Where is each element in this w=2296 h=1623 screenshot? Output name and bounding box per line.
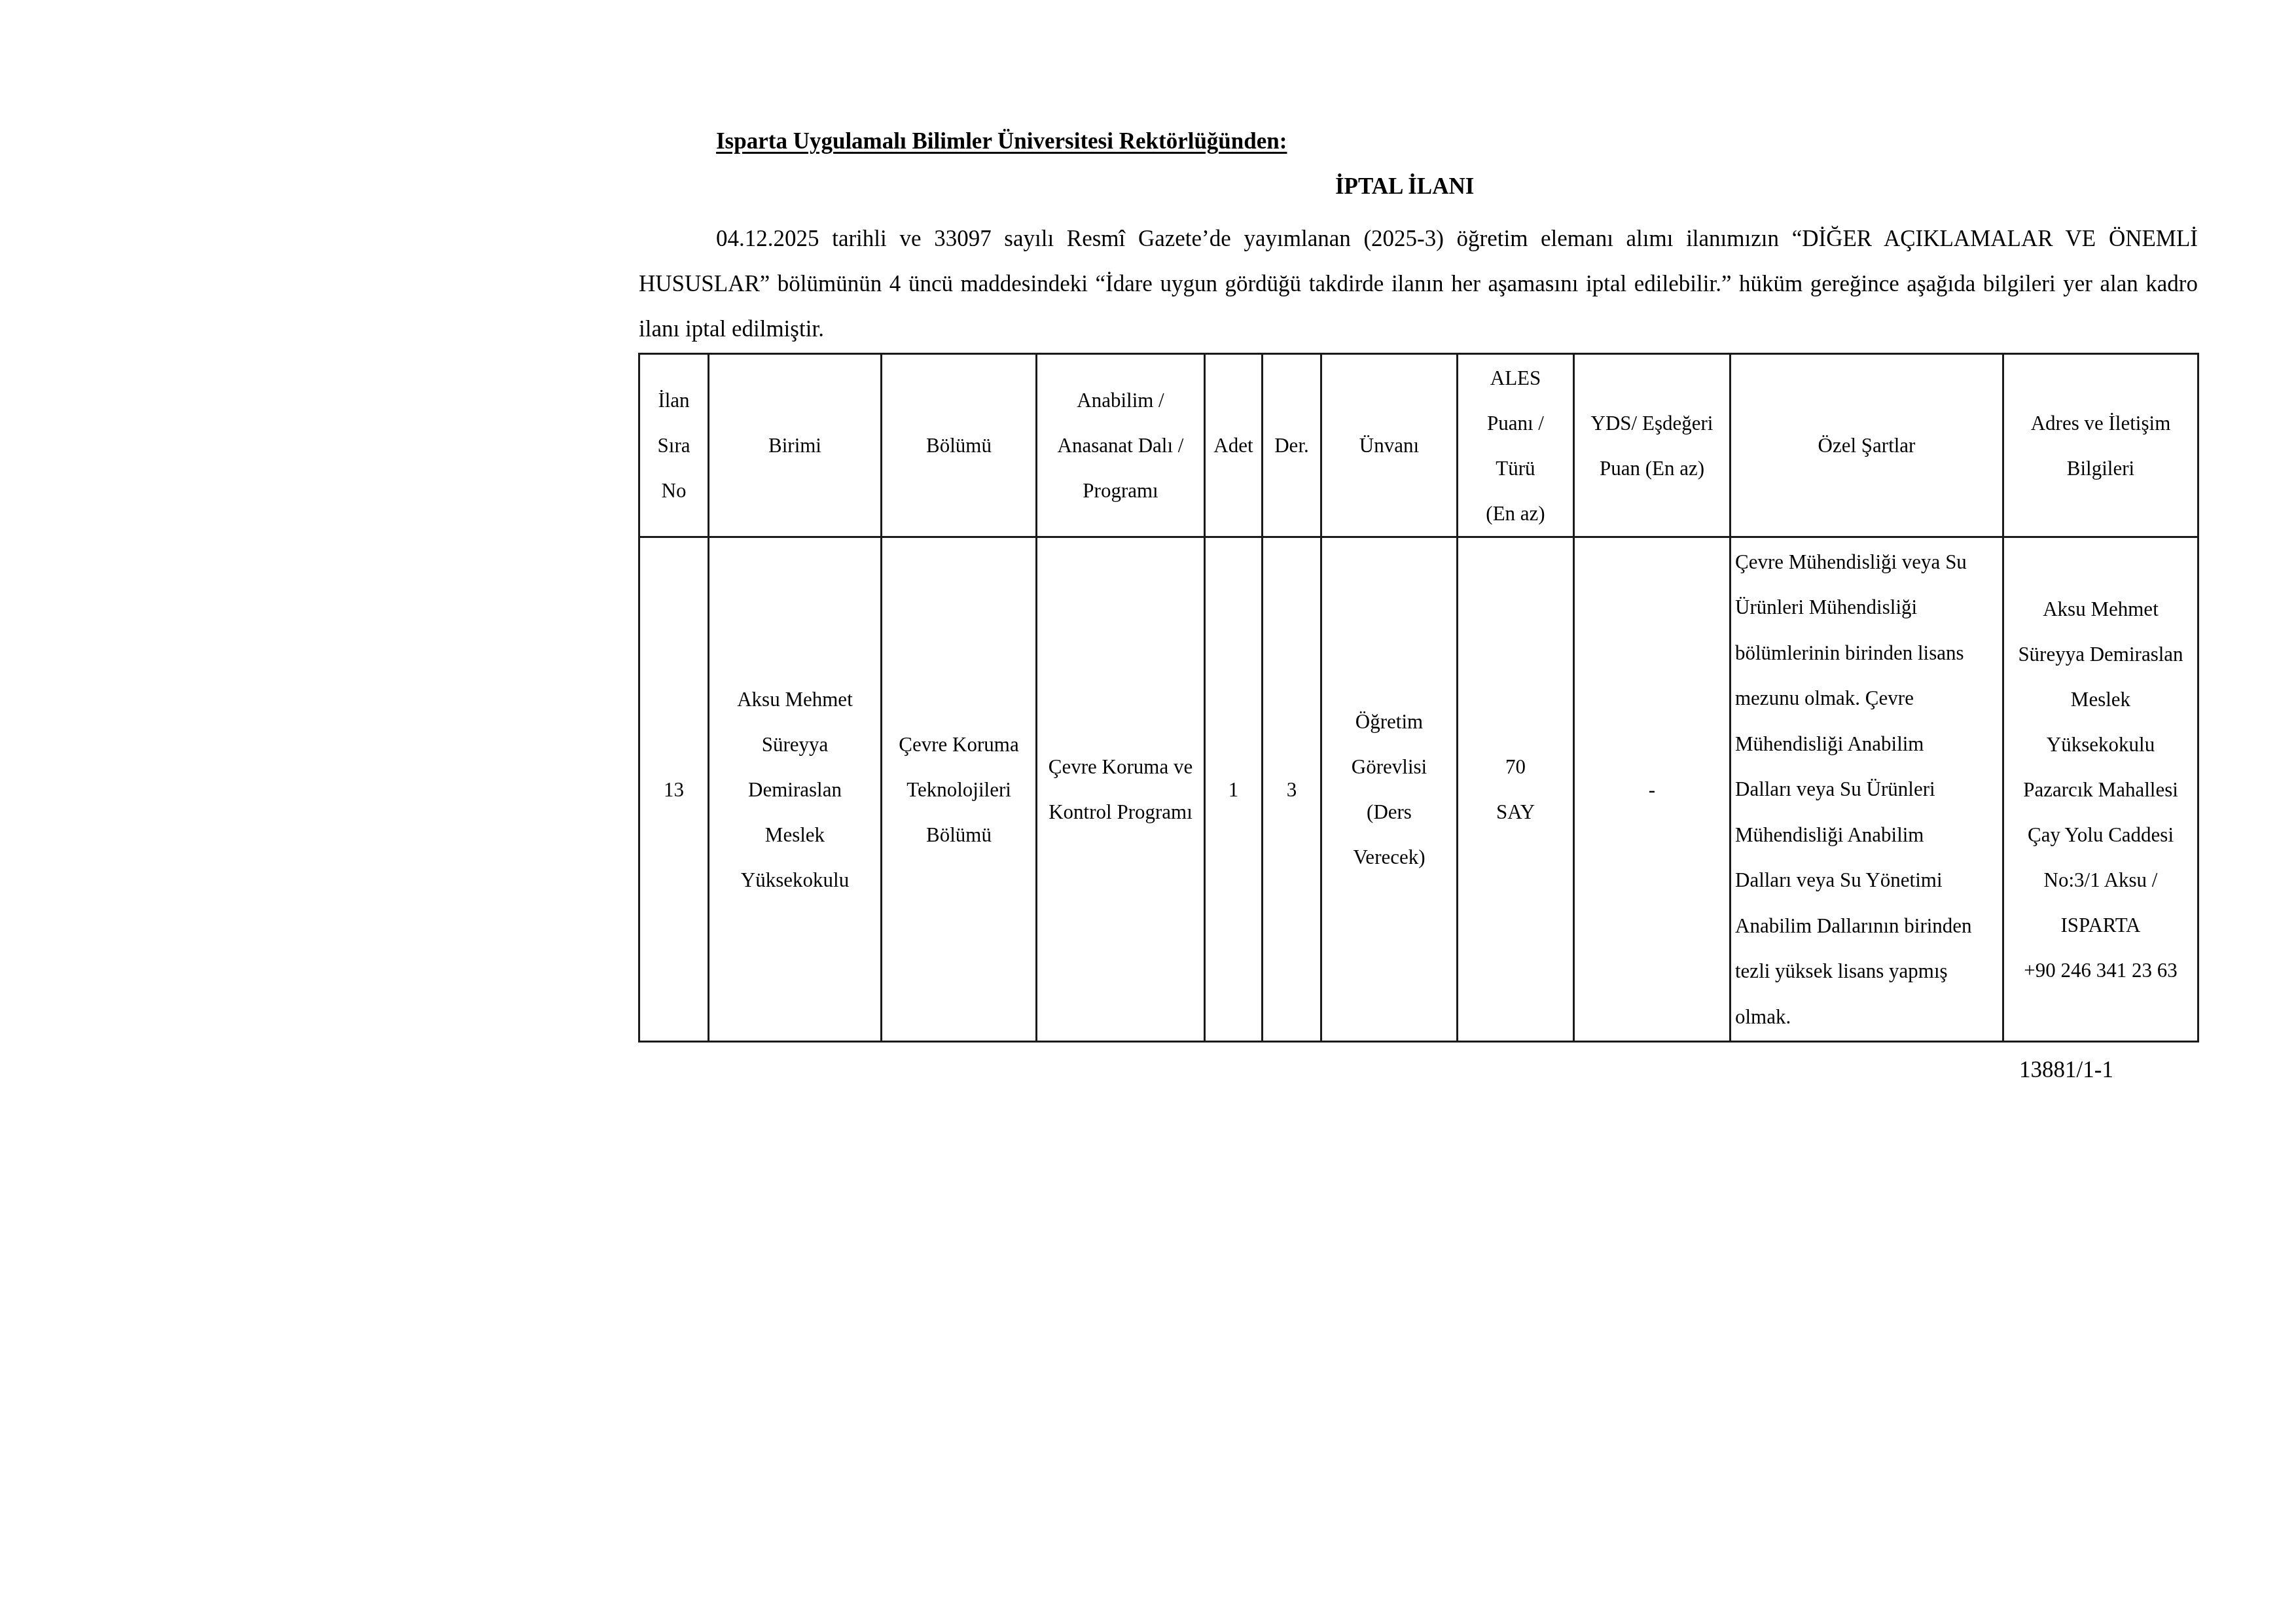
cell-text-line: Süreyya (712, 722, 878, 767)
cell-text-line: 70 (1461, 744, 1570, 789)
cancelled-position-table: İlanSıraNo Birimi Bölümü Anabilim /Anasa… (638, 353, 2199, 1043)
cell-derece: 3 (1263, 537, 1321, 1042)
header-derece: Der. (1263, 354, 1321, 537)
header-ales: ALESPuanı /Türü(En az) (1458, 354, 1574, 537)
cell-text-line: bölümlerinin birinden lisans (1735, 630, 2000, 676)
cell-text-line: Puanı / (1461, 401, 1570, 446)
cell-text-line: Demiraslan (712, 767, 878, 812)
cell-text-line: Anabilim Dallarının birinden (1735, 903, 2000, 949)
cell-text-line: Birimi (712, 423, 878, 468)
cell-text-line: No (643, 468, 705, 513)
cell-text-line: Teknolojileri (885, 767, 1033, 812)
cell-text-line: Ürünleri Mühendisliği (1735, 584, 2000, 630)
cell-text-line: +90 246 341 23 63 (2007, 948, 2195, 993)
cell-adet: 1 (1205, 537, 1263, 1042)
cell-text-line: Türü (1461, 446, 1570, 491)
cell-text-line: Anabilim / (1040, 378, 1201, 423)
cell-text-line: - (1577, 767, 1727, 812)
organization-heading: Isparta Uygulamalı Bilimler Üniversitesi… (716, 128, 1287, 154)
cell-text-line: Mühendisliği Anabilim (1735, 721, 2000, 767)
cell-text-line: (Ders (1325, 789, 1454, 834)
cell-text-line: No:3/1 Aksu / (2007, 857, 2195, 902)
cell-text-line: Yüksekokulu (2007, 722, 2195, 767)
cell-text-line: Aksu Mehmet (712, 677, 878, 722)
cell-text-line: SAY (1461, 789, 1570, 834)
cell-text-line: Der. (1266, 423, 1318, 468)
cell-yds: - (1574, 537, 1731, 1042)
cell-anabilim: Çevre Koruma veKontrol Programı (1037, 537, 1205, 1042)
document-title: İPTAL İLANI (1335, 173, 1474, 200)
cell-text-line: Aksu Mehmet (2007, 586, 2195, 632)
cell-text-line: 1 (1208, 767, 1259, 812)
cell-ozel-sartlar: Çevre Mühendisliği veya SuÜrünleri Mühen… (1731, 537, 2003, 1042)
cell-text-line: olmak. (1735, 994, 2000, 1040)
header-anabilim: Anabilim /Anasanat Dalı /Programı (1037, 354, 1205, 537)
cell-ales: 70SAY (1458, 537, 1574, 1042)
reference-code: 13881/1-1 (2019, 1057, 2113, 1083)
cell-text-line: Özel Şartlar (1734, 423, 2000, 468)
cell-text-line: (En az) (1461, 491, 1570, 536)
cell-text-line: Pazarcık Mahallesi (2007, 767, 2195, 812)
cell-bolumu: Çevre KorumaTeknolojileriBölümü (882, 537, 1037, 1042)
cell-text-line: Dalları veya Su Ürünleri (1735, 766, 2000, 812)
cell-birimi: Aksu MehmetSüreyyaDemiraslanMeslekYüksek… (709, 537, 882, 1042)
cell-text-line: Kontrol Programı (1040, 789, 1201, 834)
header-ozel-sartlar: Özel Şartlar (1731, 354, 2003, 537)
cell-text-line: Mühendisliği Anabilim (1735, 812, 2000, 858)
cell-text-line: Meslek (712, 812, 878, 857)
header-birimi: Birimi (709, 354, 882, 537)
cell-text-line: Verecek) (1325, 834, 1454, 880)
cell-unvani: ÖğretimGörevlisi(DersVerecek) (1321, 537, 1458, 1042)
cell-text-line: Dalları veya Su Yönetimi (1735, 857, 2000, 903)
header-adres: Adres ve İletişimBilgileri (2003, 354, 2198, 537)
header-unvani: Ünvanı (1321, 354, 1458, 537)
cell-ilan-sira-no: 13 (639, 537, 709, 1042)
cell-text-line: Öğretim (1325, 699, 1454, 744)
table-header-row: İlanSıraNo Birimi Bölümü Anabilim /Anasa… (639, 354, 2198, 537)
cell-text-line: mezunu olmak. Çevre (1735, 675, 2000, 721)
cell-text-line: Bölümü (885, 812, 1033, 857)
cell-text-line: 3 (1266, 767, 1318, 812)
header-adet: Adet (1205, 354, 1263, 537)
cell-text-line: Çay Yolu Caddesi (2007, 812, 2195, 857)
cell-adres: Aksu MehmetSüreyya DemiraslanMeslekYükse… (2003, 537, 2198, 1042)
cell-text-line: Çevre Mühendisliği veya Su (1735, 539, 2000, 585)
cell-text-line: Puan (En az) (1577, 446, 1727, 491)
header-ilan-sira-no: İlanSıraNo (639, 354, 709, 537)
cell-text-line: Ünvanı (1325, 423, 1454, 468)
cell-text-line: YDS/ Eşdeğeri (1577, 401, 1727, 446)
header-bolumu: Bölümü (882, 354, 1037, 537)
table-row: 13 Aksu MehmetSüreyyaDemiraslanMeslekYük… (639, 537, 2198, 1042)
cell-text-line: Bölümü (885, 423, 1033, 468)
cell-text-line: Süreyya Demiraslan (2007, 632, 2195, 677)
cell-text-line: 13 (643, 767, 705, 812)
cell-text-line: ISPARTA (2007, 902, 2195, 948)
cell-text-line: Adet (1208, 423, 1259, 468)
cell-text-line: Anasanat Dalı / (1040, 423, 1201, 468)
cell-text-line: Meslek (2007, 677, 2195, 722)
cell-text-line: tezli yüksek lisans yapmış (1735, 948, 2000, 994)
cell-text-line: Programı (1040, 468, 1201, 513)
cell-text-line: Çevre Koruma (885, 722, 1033, 767)
cell-text-line: Adres ve İletişim (2007, 401, 2195, 446)
cell-text-line: Yüksekokulu (712, 857, 878, 902)
cell-text-line: İlan (643, 378, 705, 423)
cell-text-line: Görevlisi (1325, 744, 1454, 789)
cell-text-line: Bilgileri (2007, 446, 2195, 491)
cell-text-line: ALES (1461, 355, 1570, 401)
cell-text-line: Sıra (643, 423, 705, 468)
cell-text-line: Çevre Koruma ve (1040, 744, 1201, 789)
header-yds: YDS/ EşdeğeriPuan (En az) (1574, 354, 1731, 537)
announcement-paragraph: 04.12.2025 tarihli ve 33097 sayılı Resmî… (639, 216, 2198, 351)
